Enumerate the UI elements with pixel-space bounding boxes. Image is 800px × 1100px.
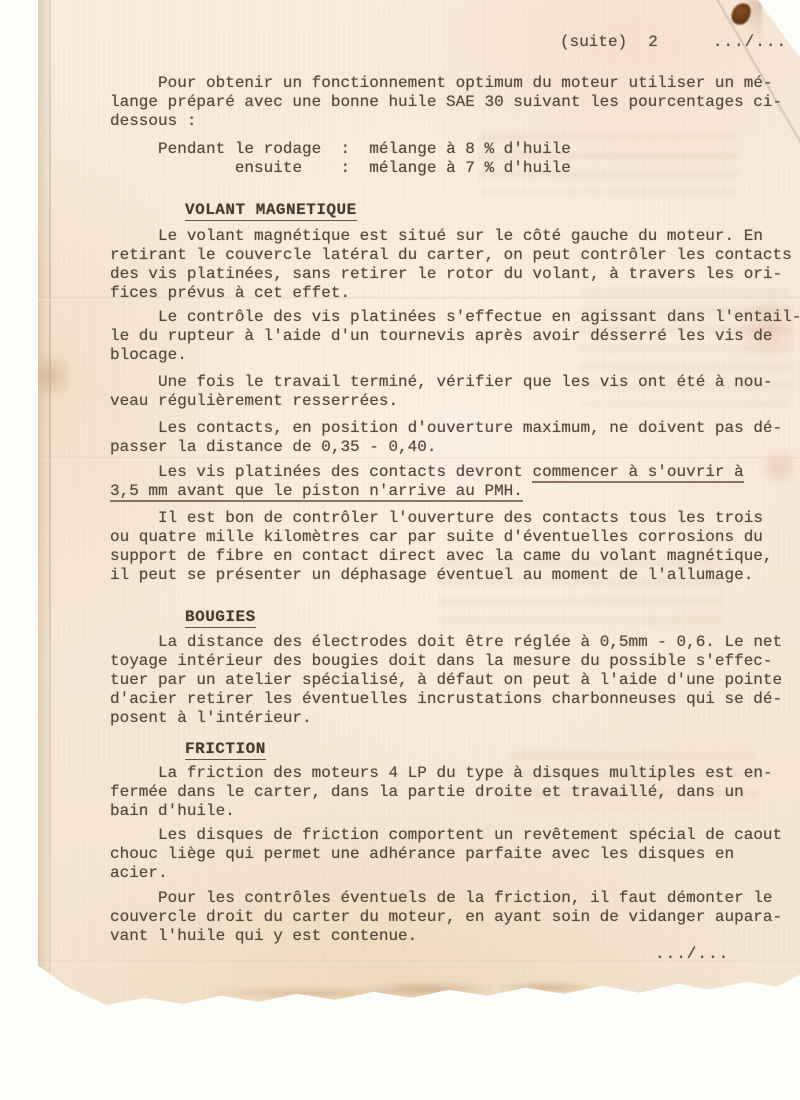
stain (34, 346, 70, 406)
friction-paragraph: La friction des moteurs 4 LP du type à d… (110, 764, 800, 821)
intro-paragraph: Pour obtenir un fonctionnement optimum d… (110, 74, 800, 131)
left-edge-crease (49, 0, 51, 972)
volant-paragraph: Il est bon de contrôler l'ouverture des … (110, 509, 800, 585)
page-number: 2 (648, 33, 658, 51)
page-continuation-mark: .../... (655, 945, 800, 964)
section-heading-bougies: BOUGIES (185, 608, 800, 627)
bougies-paragraph: La distance des électrodes doit être rég… (110, 633, 800, 728)
continuation-mark: .../... (713, 33, 787, 51)
oil-mixture-lines: Pendant le rodage : mélange à 8 % d'huil… (110, 140, 800, 178)
section-heading-volant-magnetique: VOLANT MAGNETIQUE (185, 201, 800, 220)
scanned-page: (suite)2.../... Pour obtenir un fonction… (38, 0, 800, 1012)
volant-paragraph: Le volant magnétique est situé sur le cô… (110, 227, 800, 303)
page-body: Pour obtenir un fonctionnement optimum d… (110, 74, 800, 964)
volant-paragraph: Une fois le travail terminé, vérifier qu… (110, 373, 800, 411)
friction-paragraph: Pour les contrôles éventuels de la frict… (110, 889, 800, 946)
friction-paragraph: Les disques de friction comportent un re… (110, 826, 800, 883)
section-heading-friction: FRICTION (185, 740, 800, 759)
bottom-edge-stain (98, 968, 698, 1004)
volant-paragraph: Les contacts, en position d'ouverture ma… (110, 419, 800, 457)
document-scan: (suite)2.../... Pour obtenir un fonction… (0, 0, 800, 1100)
volant-paragraph: Le contrôle des vis platinées s'effectue… (110, 308, 800, 365)
timing-spec-paragraph: Les vis platinées des contacts devront c… (110, 463, 800, 501)
left-edge-shadow (38, 0, 52, 1012)
underlined-phrase: commencer à s'ouvrir à (532, 463, 743, 481)
underlined-phrase: 3,5 mm avant que le piston n'arrive au P… (110, 482, 523, 500)
page-header: (suite)2.../... (38, 0, 800, 52)
suite-label: (suite) (560, 33, 627, 51)
